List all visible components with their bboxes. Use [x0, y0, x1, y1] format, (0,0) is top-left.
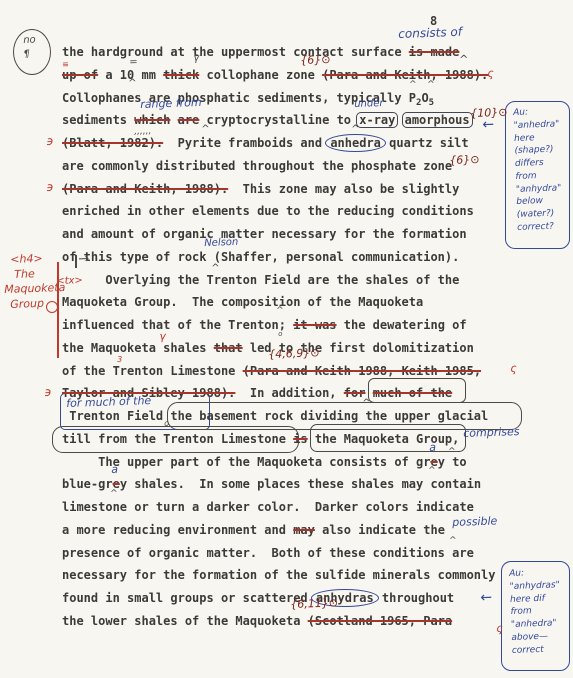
typed-text: also indicate the: [315, 523, 445, 537]
typed-line: are commonly distributed throughout the …: [62, 159, 452, 174]
handwritten-note: ^: [276, 305, 284, 318]
typed-text: the Maquoketa Group,: [315, 432, 460, 446]
typed-text: collophane zone: [199, 68, 322, 82]
typed-text: In addition,: [235, 386, 343, 400]
typed-line: limestone or turn a darker color. Darker…: [62, 500, 474, 515]
typed-text: a more reducing environment and: [62, 523, 293, 537]
handwritten-note: a: [111, 462, 118, 478]
handwritten-note: ς: [510, 361, 517, 377]
handwritten-note: for much of the: [66, 393, 151, 412]
typed-text: [308, 432, 315, 446]
handwritten-note: ^: [351, 123, 360, 137]
typed-text: and amount of organic matter necessary f…: [62, 227, 467, 241]
typed-line: necessary for the formation of the sulfi…: [62, 568, 495, 583]
handwritten-note: γ: [159, 329, 166, 345]
handwritten-note: ς: [487, 66, 494, 82]
typed-text: sediments: [62, 113, 134, 127]
subscript-text: 5: [429, 98, 434, 108]
typed-line: The upper part of the Maquoketa consists…: [62, 455, 467, 470]
typed-line: of the Trenton Limestone (Para and Keith…: [62, 364, 481, 379]
typed-line: of this type of rock (Shaffer, personal …: [62, 250, 459, 265]
handwritten-note: a: [429, 440, 436, 456]
typed-line: till from the Trenton Limestone is the M…: [62, 432, 459, 447]
handwritten-note: ←: [480, 589, 492, 609]
typed-text: the Maquoketa shales: [62, 341, 214, 355]
typed-text: of this type of rock (Shaffer, personal …: [62, 250, 459, 264]
struck-text: that: [214, 341, 243, 355]
handwritten-note: ϶: [46, 133, 54, 150]
typed-text: Maquoketa Group. The composition of the …: [62, 295, 423, 309]
handwritten-note: possible: [452, 513, 498, 530]
handwritten-note: comprises: [463, 424, 520, 442]
typed-line: sediments which are cryptocrystalline to…: [62, 113, 471, 128]
typed-line: enriched in other elements due to the re…: [62, 204, 474, 219]
struck-text: may: [293, 523, 315, 537]
typed-text: cryptocrystalline to: [199, 113, 358, 127]
typed-line: up of a 10 mm thick collophane zone (Par…: [62, 68, 488, 83]
handwritten-note: no ¶: [23, 34, 36, 63]
typed-line: found in small groups or scattered anhyd…: [62, 591, 454, 606]
struck-text: is: [293, 432, 307, 446]
typed-text: enriched in other elements due to the re…: [62, 204, 474, 218]
boxed-word: amorphous: [402, 112, 473, 128]
handwritten-note: γ: [193, 52, 199, 66]
typed-text: of the Trenton Limestone: [62, 364, 243, 378]
typed-line: Overlying the Trenton Field are the shal…: [62, 273, 459, 288]
handwritten-note: <h4>: [10, 251, 43, 268]
typed-line: Trenton Field the basement rock dividing…: [62, 409, 488, 424]
handwritten-note: 3: [117, 354, 122, 366]
handwritten-note: Maquoketa: [4, 280, 66, 298]
struck-text: are: [178, 113, 200, 127]
typed-text: the lower shales of the Maquoketa: [62, 614, 308, 628]
typed-line: (Para and Keith, 1988). This zone may al…: [62, 182, 459, 197]
typed-line: Maquoketa Group. The composition of the …: [62, 295, 423, 310]
handwritten-note: o: [164, 418, 169, 430]
handwritten-note: Nelson: [204, 236, 239, 251]
struck-text: (Para and Keith, 1988).: [322, 68, 488, 82]
typed-text: quartz silt: [382, 136, 469, 150]
handwritten-note: {6,11}⊙: [290, 595, 338, 612]
struck-text: (Para and Keith 1988, Keith 1985,: [243, 364, 481, 378]
handwritten-note: Au: "anhedra" here (shape?) differs from…: [513, 105, 563, 234]
struck-text: much of the: [373, 386, 452, 400]
struck-text: is made: [409, 45, 460, 59]
handwritten-note: ^: [409, 79, 417, 92]
typed-line: a more reducing environment and may also…: [62, 523, 445, 538]
struck-text: thick: [163, 68, 199, 82]
handwritten-note: ϶: [44, 384, 52, 401]
handwritten-note: ←: [482, 116, 494, 136]
handwritten-note: ,,,,,,: [134, 125, 152, 138]
typed-line: blue-grey shales. In some places these s…: [62, 477, 481, 492]
typed-text: influenced that of the Trenton;: [62, 318, 293, 332]
typed-text: blue-gr: [62, 477, 113, 491]
typed-text: found in small groups or scattered: [62, 591, 315, 605]
handwritten-note: {6}⊙: [300, 52, 331, 69]
typed-text: presence of organic matter. Both of thes…: [62, 546, 474, 560]
typed-text: throughout: [375, 591, 454, 605]
manuscript-page: 8 the hardground at the uppermost contac…: [0, 0, 573, 678]
handwritten-note: ϶: [46, 179, 54, 196]
typed-text: limestone or turn a darker color. Darker…: [62, 500, 474, 514]
handwritten-note: ^: [428, 465, 436, 478]
handwritten-note: Au: "anhydras" here dif from "anhedra" a…: [509, 566, 562, 657]
typed-text: O: [421, 91, 428, 105]
struck-text: it was: [293, 318, 336, 332]
handwritten-note: ^: [110, 488, 118, 501]
handwritten-note: under: [354, 97, 384, 112]
boxed-word: x-ray: [356, 112, 398, 128]
typed-text: This zone may also be slightly: [228, 182, 459, 196]
handwritten-note: ^: [211, 262, 220, 276]
typed-text: are commonly distributed throughout the …: [62, 159, 452, 173]
handwritten-note: →: [78, 251, 90, 270]
typed-line: and amount of organic matter necessary f…: [62, 227, 467, 242]
handwritten-note: o: [278, 330, 283, 340]
typed-text: y shales. In some places these shales ma…: [120, 477, 481, 491]
handwritten-note: ^: [427, 79, 435, 92]
handwritten-note: ^: [201, 123, 210, 137]
typed-line: presence of organic matter. Both of thes…: [62, 546, 474, 561]
struck-text: (Para and Keith, 1988).: [62, 182, 228, 196]
typed-text: Trenton Field the basement rock dividing…: [62, 409, 488, 423]
handwritten-note: {4,6,9}⊙: [268, 345, 320, 362]
typed-line: influenced that of the Trenton; it was t…: [62, 318, 467, 333]
typed-line: the lower shales of the Maquoketa (Scotl…: [62, 614, 452, 629]
handwritten-note: ^: [448, 446, 456, 459]
handwritten-note: =: [129, 56, 138, 70]
typed-text: Pyrite framboids and: [163, 136, 329, 150]
typed-text: the hardground at the uppermost contact …: [62, 45, 409, 59]
handwritten-note: range from: [140, 95, 202, 113]
typed-text: the dewatering of: [337, 318, 467, 332]
typed-text: [170, 113, 177, 127]
handwritten-note: ^: [449, 535, 457, 548]
typed-text: necessary for the formation of the sulfi…: [62, 568, 495, 582]
typed-line: (Blatt, 1982). Pyrite framboids and anhe…: [62, 136, 469, 151]
handwritten-note: Group: [10, 296, 44, 313]
typed-line: the hardground at the uppermost contact …: [62, 45, 459, 60]
typed-text: Overlying the Trenton Field are the shal…: [62, 273, 459, 287]
handwritten-note: ς: [496, 621, 503, 637]
struck-text: (Scotland 1965, Para: [308, 614, 453, 628]
handwritten-note: consists of: [398, 24, 462, 43]
handwritten-note: ^: [459, 52, 469, 68]
typed-text: till from the Trenton Limestone: [62, 432, 293, 446]
handwritten-note: {6}⊙: [449, 152, 480, 169]
handwritten-note: ^: [128, 77, 137, 91]
handwritten-note: ^: [362, 397, 371, 411]
handwritten-note: ≡: [62, 59, 69, 71]
